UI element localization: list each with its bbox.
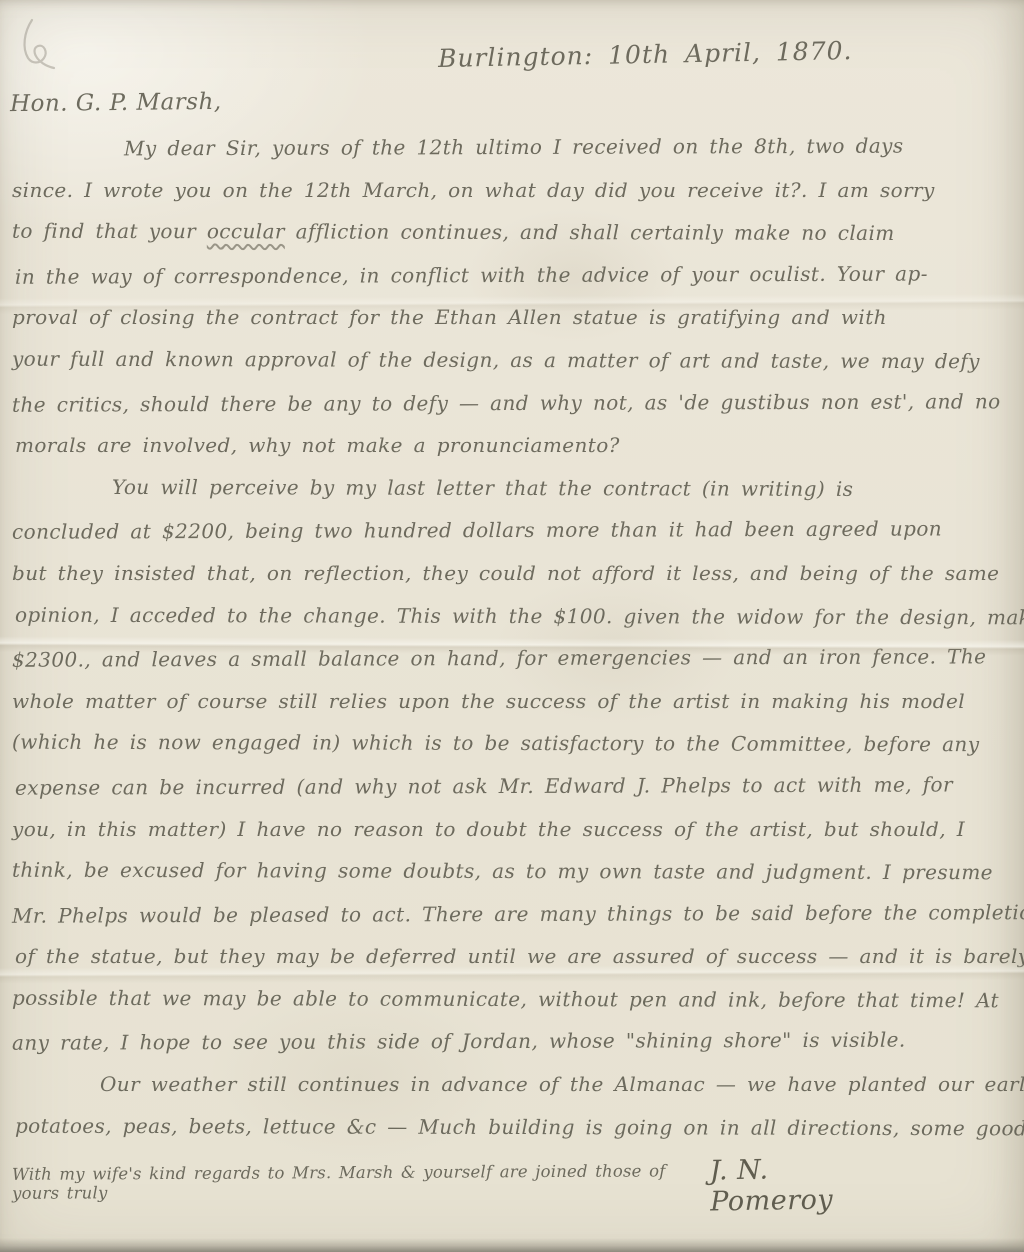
letter-scan: Burlington: 10th April, 1870. Hon. G. P.… <box>0 0 1024 1252</box>
letter-line: but they insisted that, on reflection, t… <box>12 552 1006 595</box>
letter-body: My dear Sir, yours of the 12th ultimo I … <box>12 126 1006 1216</box>
letter-line: Our weather still continues in advance o… <box>12 1063 1006 1106</box>
letter-line: of the statue, but they may be deferred … <box>15 935 1006 978</box>
letter-line: You will perceive by my last letter that… <box>12 465 1006 510</box>
letter-line: expense can be incurred (and why not ask… <box>15 763 1006 809</box>
dateline: Burlington: 10th April, 1870. <box>438 36 853 73</box>
letter-line: morals are involved, why not make a pron… <box>15 424 1006 467</box>
letter-line: concluded at $2200, being two hundred do… <box>12 508 1006 554</box>
closing-row: With my wife's kind regards to Mrs. Mars… <box>12 1154 1006 1216</box>
letter-line: in the way of correspondence, in conflic… <box>15 252 1006 298</box>
letter-line: Mr. Phelps would be pleased to act. Ther… <box>12 891 1006 937</box>
letter-line: since. I wrote you on the 12th March, on… <box>12 169 1006 212</box>
letter-line: opinion, I acceded to the change. This w… <box>15 593 1006 638</box>
letter-line: potatoes, peas, beets, lettuce &c — Much… <box>15 1104 1006 1149</box>
closing-line: With my wife's kind regards to Mrs. Mars… <box>12 1161 710 1203</box>
scan-edge-shadow <box>0 1238 1024 1252</box>
letter-line: $2300., and leaves a small balance on ha… <box>12 635 1006 681</box>
letter-line: the critics, should there be any to defy… <box>12 380 1006 426</box>
letter-line: whole matter of course still relies upon… <box>12 680 1006 723</box>
letter-line: possible that we may be able to communic… <box>12 977 1006 1022</box>
letter-line-text: to find that your <box>12 219 207 244</box>
letter-line: your full and known approval of the desi… <box>12 338 1006 383</box>
letter-line: think, be excused for having some doubts… <box>12 849 1006 894</box>
letter-line: you, in this matter) I have no reason to… <box>12 808 1006 851</box>
letter-line: to find that your occular affliction con… <box>12 210 1006 255</box>
salutation: Hon. G. P. Marsh, <box>10 89 222 117</box>
letter-line-text: affliction continues, and shall certainl… <box>285 220 895 246</box>
underlined-word: occular <box>207 219 285 243</box>
signature: J. N. Pomeroy <box>709 1153 886 1218</box>
pencil-mark-icon <box>14 14 100 78</box>
letter-line: any rate, I hope to see you this side of… <box>12 1019 1006 1065</box>
letter-line: proval of closing the contract for the E… <box>12 296 1006 339</box>
letter-line: (which he is now engaged in) which is to… <box>12 721 1006 766</box>
letter-line: My dear Sir, yours of the 12th ultimo I … <box>12 124 1006 170</box>
